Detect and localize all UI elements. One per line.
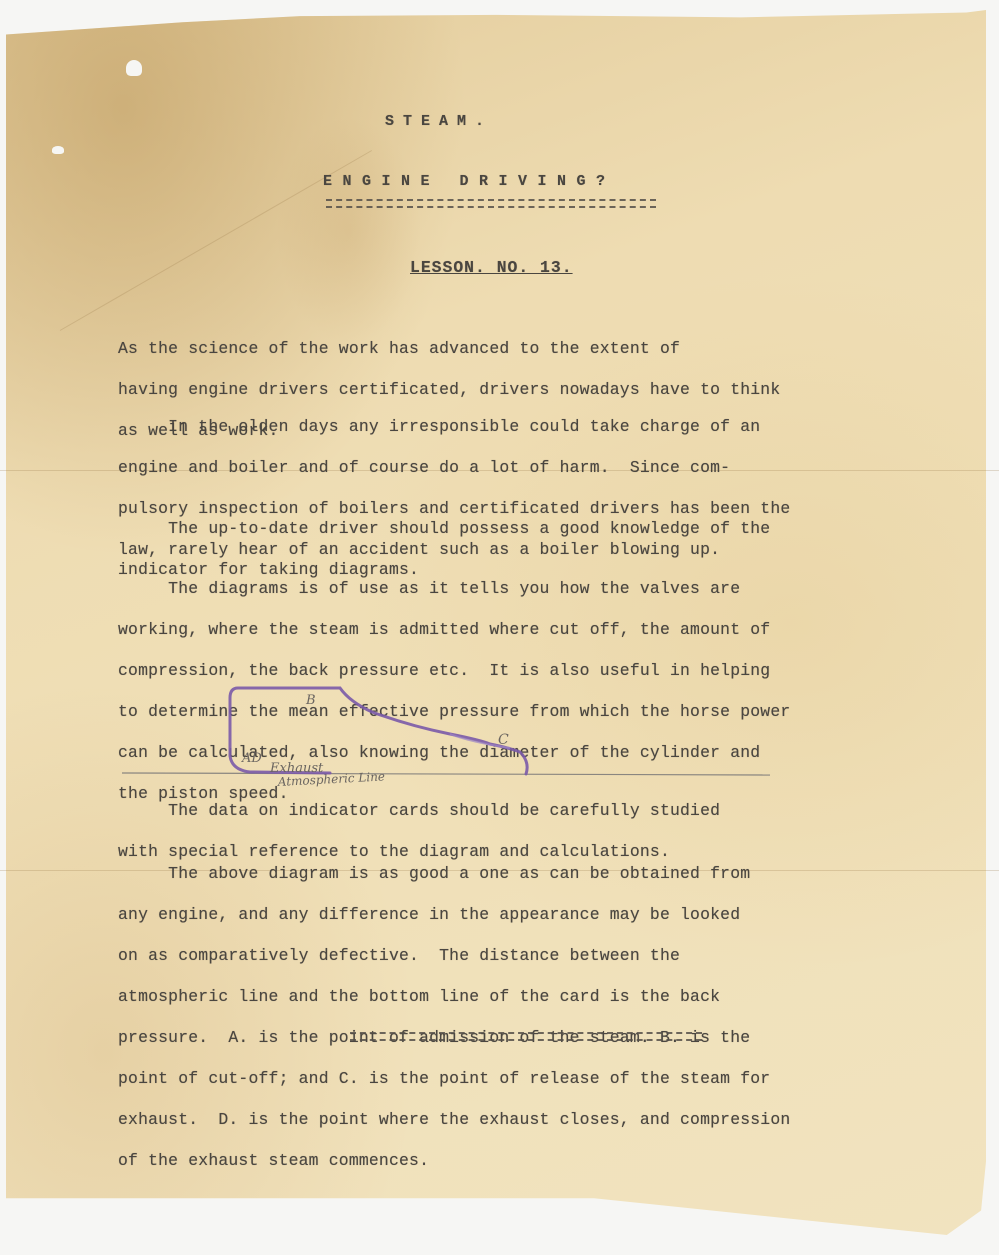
text-line: point of cut-off; and C. is the point of… [118,1069,790,1090]
double-rule-bottom [350,1032,702,1041]
text-line: In the olden days any irresponsible coul… [118,417,790,438]
text-line: of the exhaust steam commences. [118,1151,790,1172]
text-line: As the science of the work has advanced … [118,339,780,360]
text-line: on as comparatively defective. The dista… [118,946,790,967]
text-line: engine and boiler and of course do a lot… [118,458,790,479]
paragraph-6: The above diagram is as good a one as ca… [118,843,790,1192]
text-line: working, where the steam is admitted whe… [118,620,790,641]
paper-hole [126,60,142,76]
paper-hole [52,146,64,154]
text-line: The up-to-date driver should possess a g… [118,519,770,540]
text-line: any engine, and any difference in the ap… [118,905,790,926]
label-c: C [498,732,509,748]
document-subheading: ENGINE DRIVING? [323,172,616,193]
double-rule-top [326,199,656,208]
label-b: B [305,693,316,708]
text-line: atmospheric line and the bottom line of … [118,987,790,1008]
document-heading: STEAM. [385,112,493,133]
text-line: The above diagram is as good a one as ca… [118,864,790,885]
label-ad: AD [241,751,262,766]
indicator-diagram: B C AD Exhaust Atmospheric Line [110,676,790,796]
text-line: exhaust. D. is the point where the exhau… [118,1110,790,1131]
text-line: The data on indicator cards should be ca… [118,801,720,822]
atmospheric-line [122,773,770,775]
lesson-title: LESSON. NO. 13. [410,258,573,279]
text-line: The diagrams is of use as it tells you h… [118,579,790,600]
